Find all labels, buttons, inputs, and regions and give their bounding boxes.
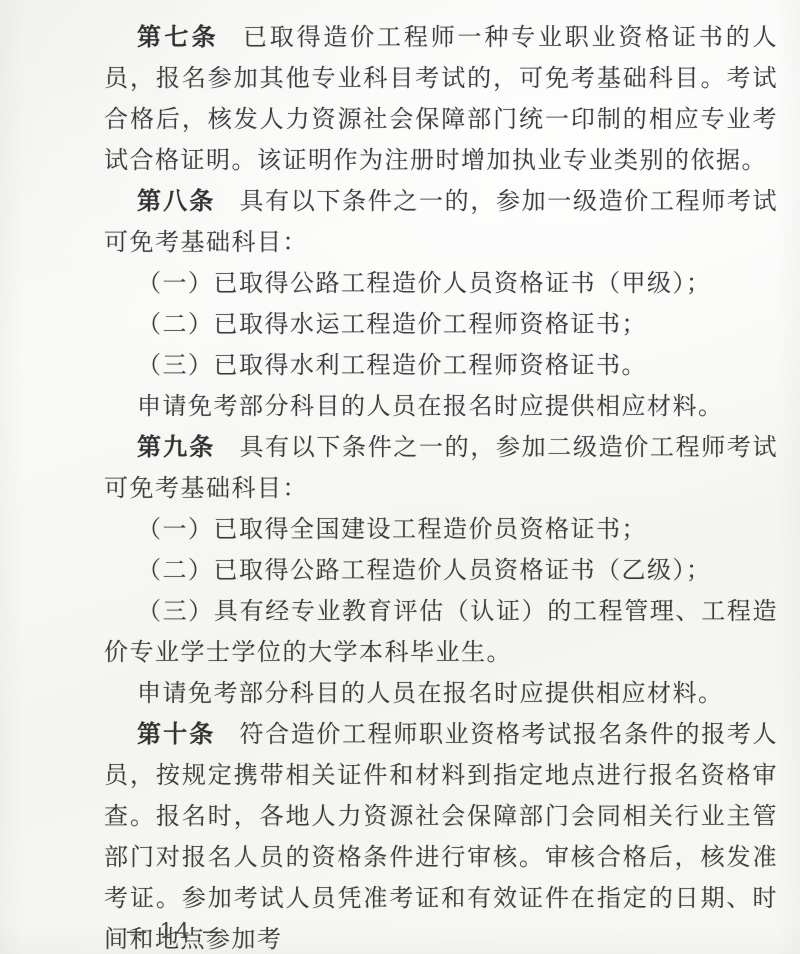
article-9-clause-2: （二）已取得公路工程造价人员资格证书（乙级）； <box>104 550 778 591</box>
article-9-clause-3: （三）具有经专业教育评估（认证）的工程管理、工程造价专业学士学位的大学本科毕业生… <box>104 591 778 673</box>
article-8-clause-1: （一）已取得公路工程造价人员资格证书（甲级）； <box>104 263 778 304</box>
page-number: — 14 — <box>126 916 226 946</box>
article-8-paragraph: 第八条具有以下条件之一的，参加一级造价工程师考试可免考基础科目： <box>104 181 778 263</box>
article-9-number: 第九条 <box>137 433 215 461</box>
article-9-note: 申请免考部分科目的人员在报名时应提供相应材料。 <box>104 673 778 714</box>
article-9-paragraph: 第九条具有以下条件之一的，参加二级造价工程师考试可免考基础科目： <box>104 427 778 509</box>
scanned-document-page: 第七条已取得造价工程师一种专业职业资格证书的人员，报名参加其他专业科目考试的，可… <box>0 0 800 954</box>
article-8-number: 第八条 <box>137 187 215 215</box>
document-body: 第七条已取得造价工程师一种专业职业资格证书的人员，报名参加其他专业科目考试的，可… <box>0 0 800 954</box>
article-7-paragraph: 第七条已取得造价工程师一种专业职业资格证书的人员，报名参加其他专业科目考试的，可… <box>104 17 778 181</box>
article-8-clause-3: （三）已取得水利工程造价工程师资格证书。 <box>104 345 778 386</box>
article-10-number: 第十条 <box>137 720 215 748</box>
article-7-number: 第七条 <box>137 23 219 51</box>
article-9-clause-1: （一）已取得全国建设工程造价员资格证书； <box>104 509 778 550</box>
article-8-clause-2: （二）已取得水运工程造价工程师资格证书； <box>104 304 778 345</box>
article-8-note: 申请免考部分科目的人员在报名时应提供相应材料。 <box>104 386 778 427</box>
